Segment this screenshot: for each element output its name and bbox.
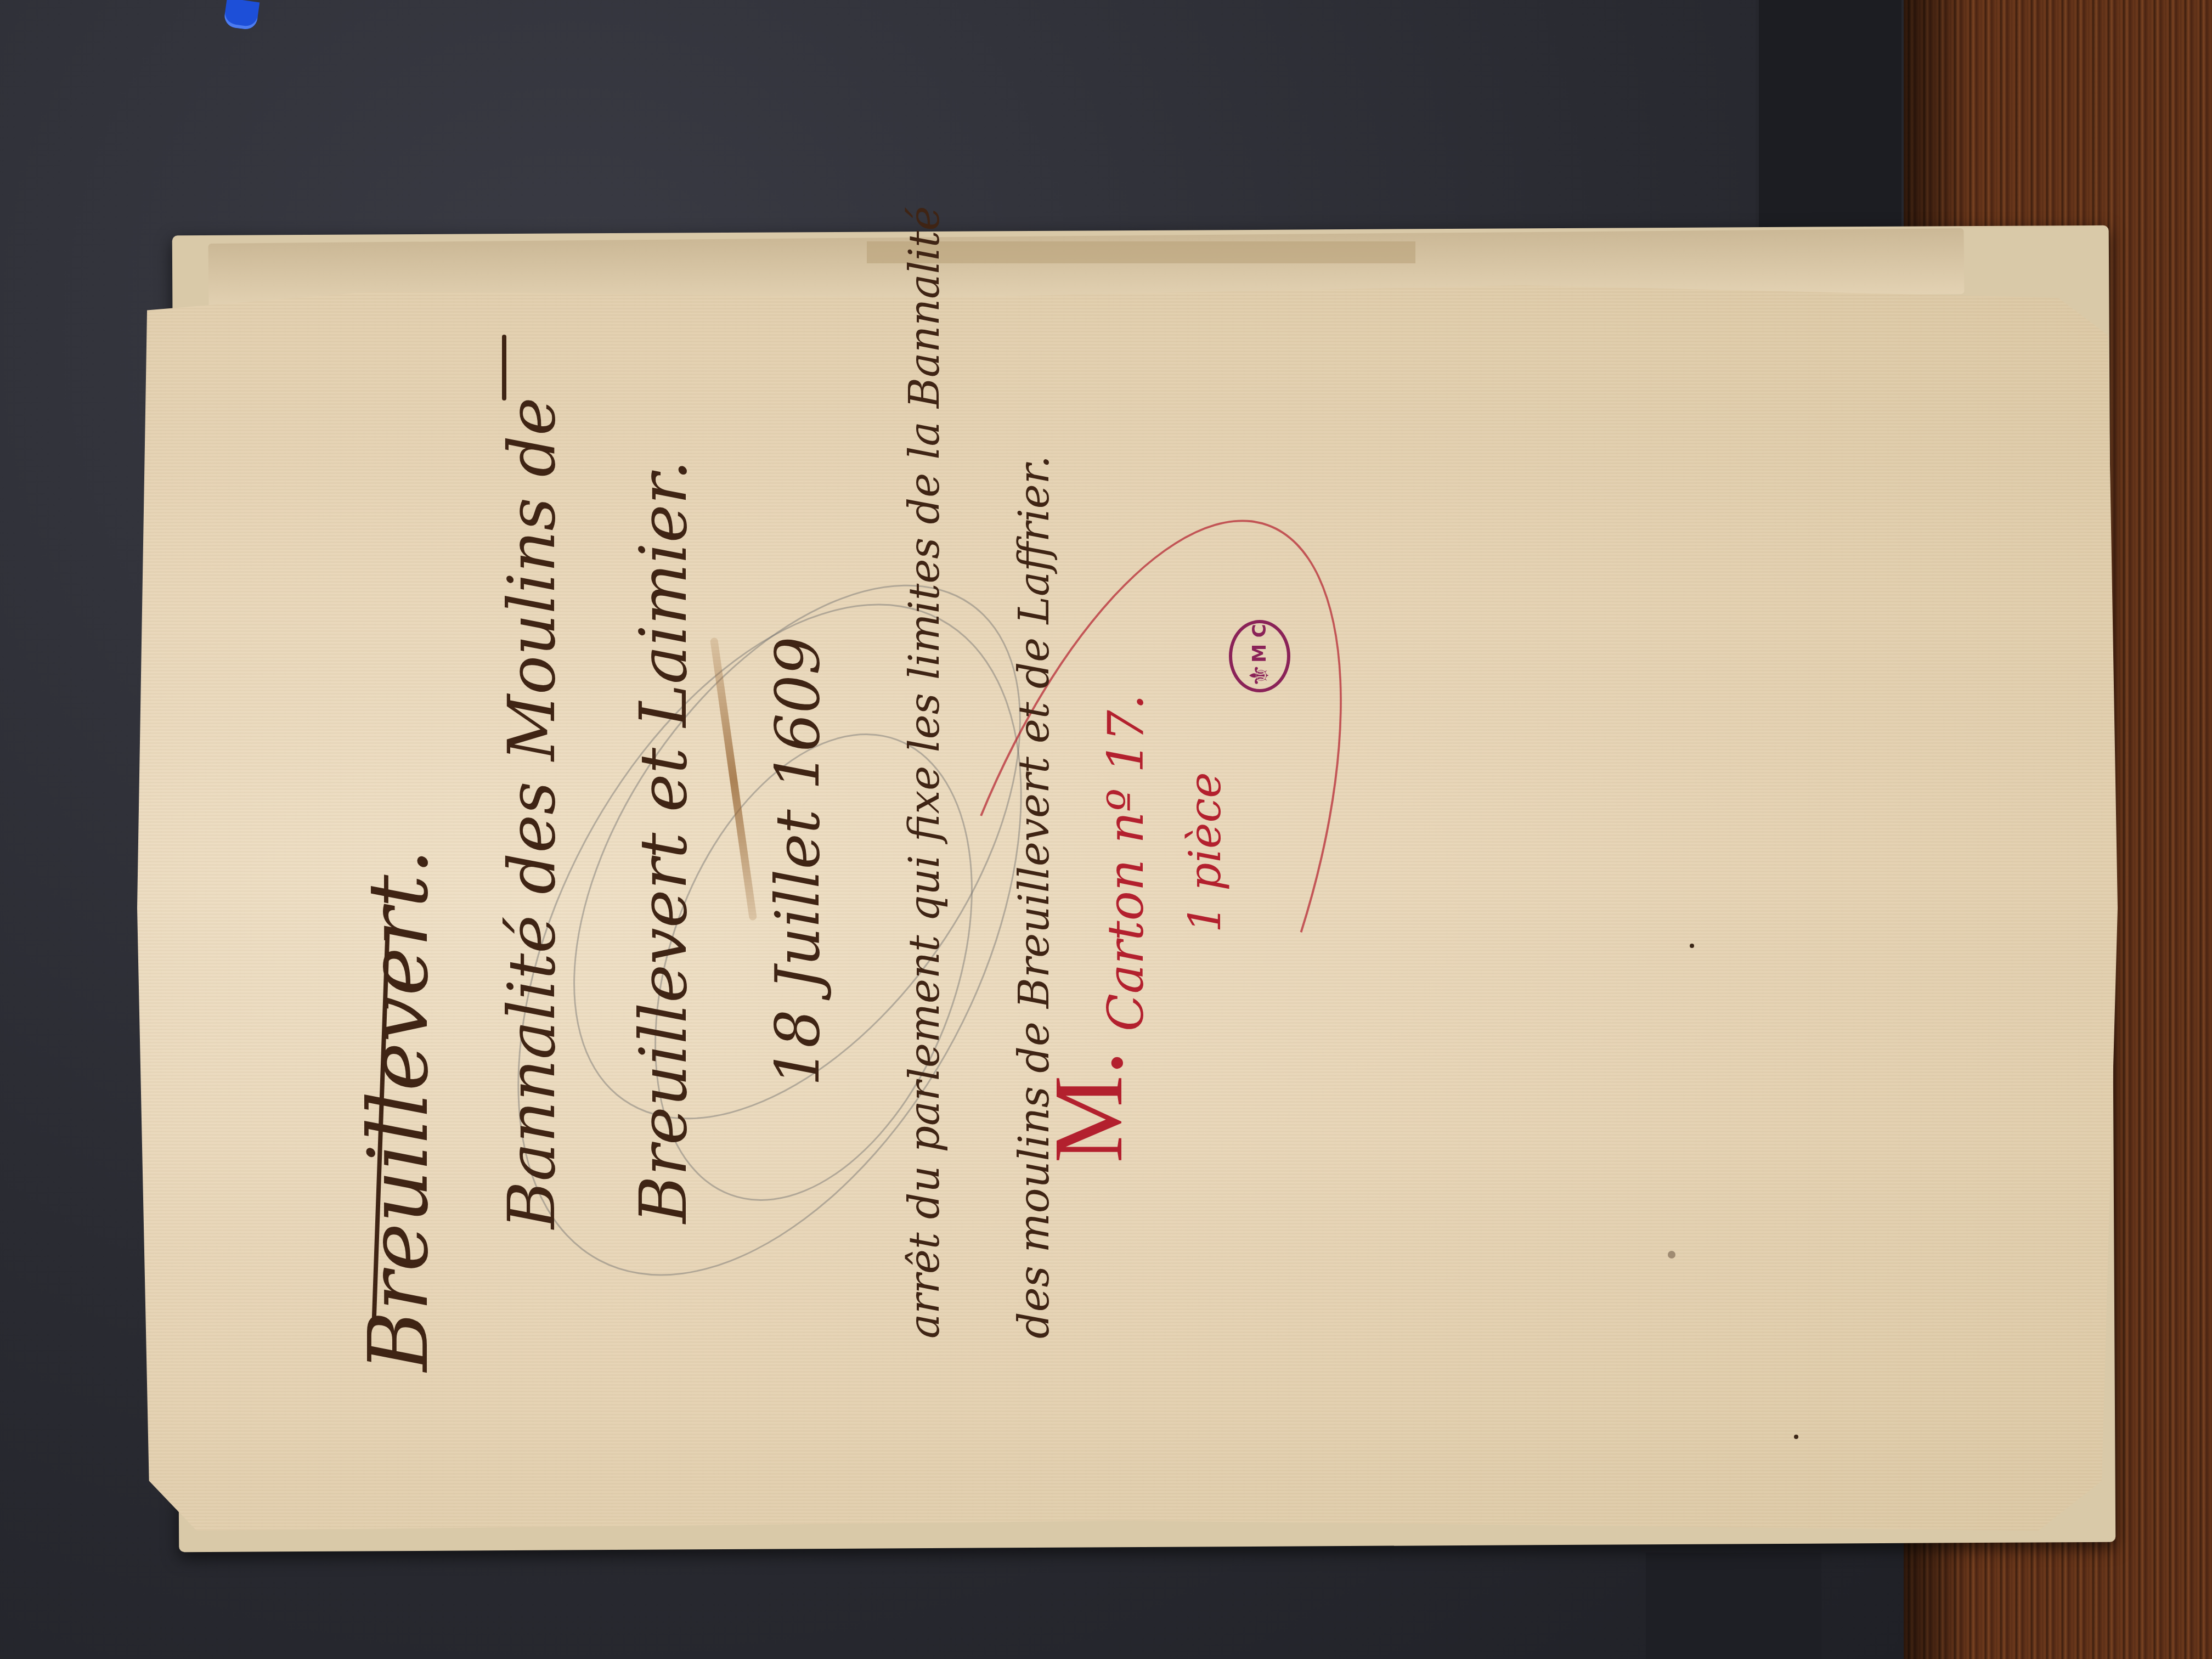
summary-line-2: des moulins de Breuillevert et de Laffri… [1009,455,1058,1339]
document-date: 18 Juillet 1609 [763,636,833,1086]
archive-stamp: ⚜ M C [1229,620,1290,692]
heading-line-1: Bannalité des Moulins de [494,397,569,1229]
fleur-de-lis-icon: ⚜ [1244,664,1275,687]
stamp-letters: M C [1249,624,1271,663]
summary-line-1: arrêt du parlement qui fixe les limites … [900,206,949,1339]
red-letter-m: M. [1031,1051,1145,1163]
document-title: Breuillevert. [351,849,447,1372]
paper-stain [1668,1251,1675,1259]
folder-fold-shadow [867,241,1415,263]
red-carton-number: Carton nº 17. [1097,695,1155,1032]
paper-speck [1794,1435,1798,1439]
red-piece-count: 1 pièce [1180,772,1231,933]
heading-line-2: Breuillevert et Laimier. [625,460,701,1223]
slate-corner [1646,1553,1821,1659]
paper-speck [1690,944,1694,948]
heading-flourish [502,335,506,400]
slate-frame-edge [1756,0,1901,258]
